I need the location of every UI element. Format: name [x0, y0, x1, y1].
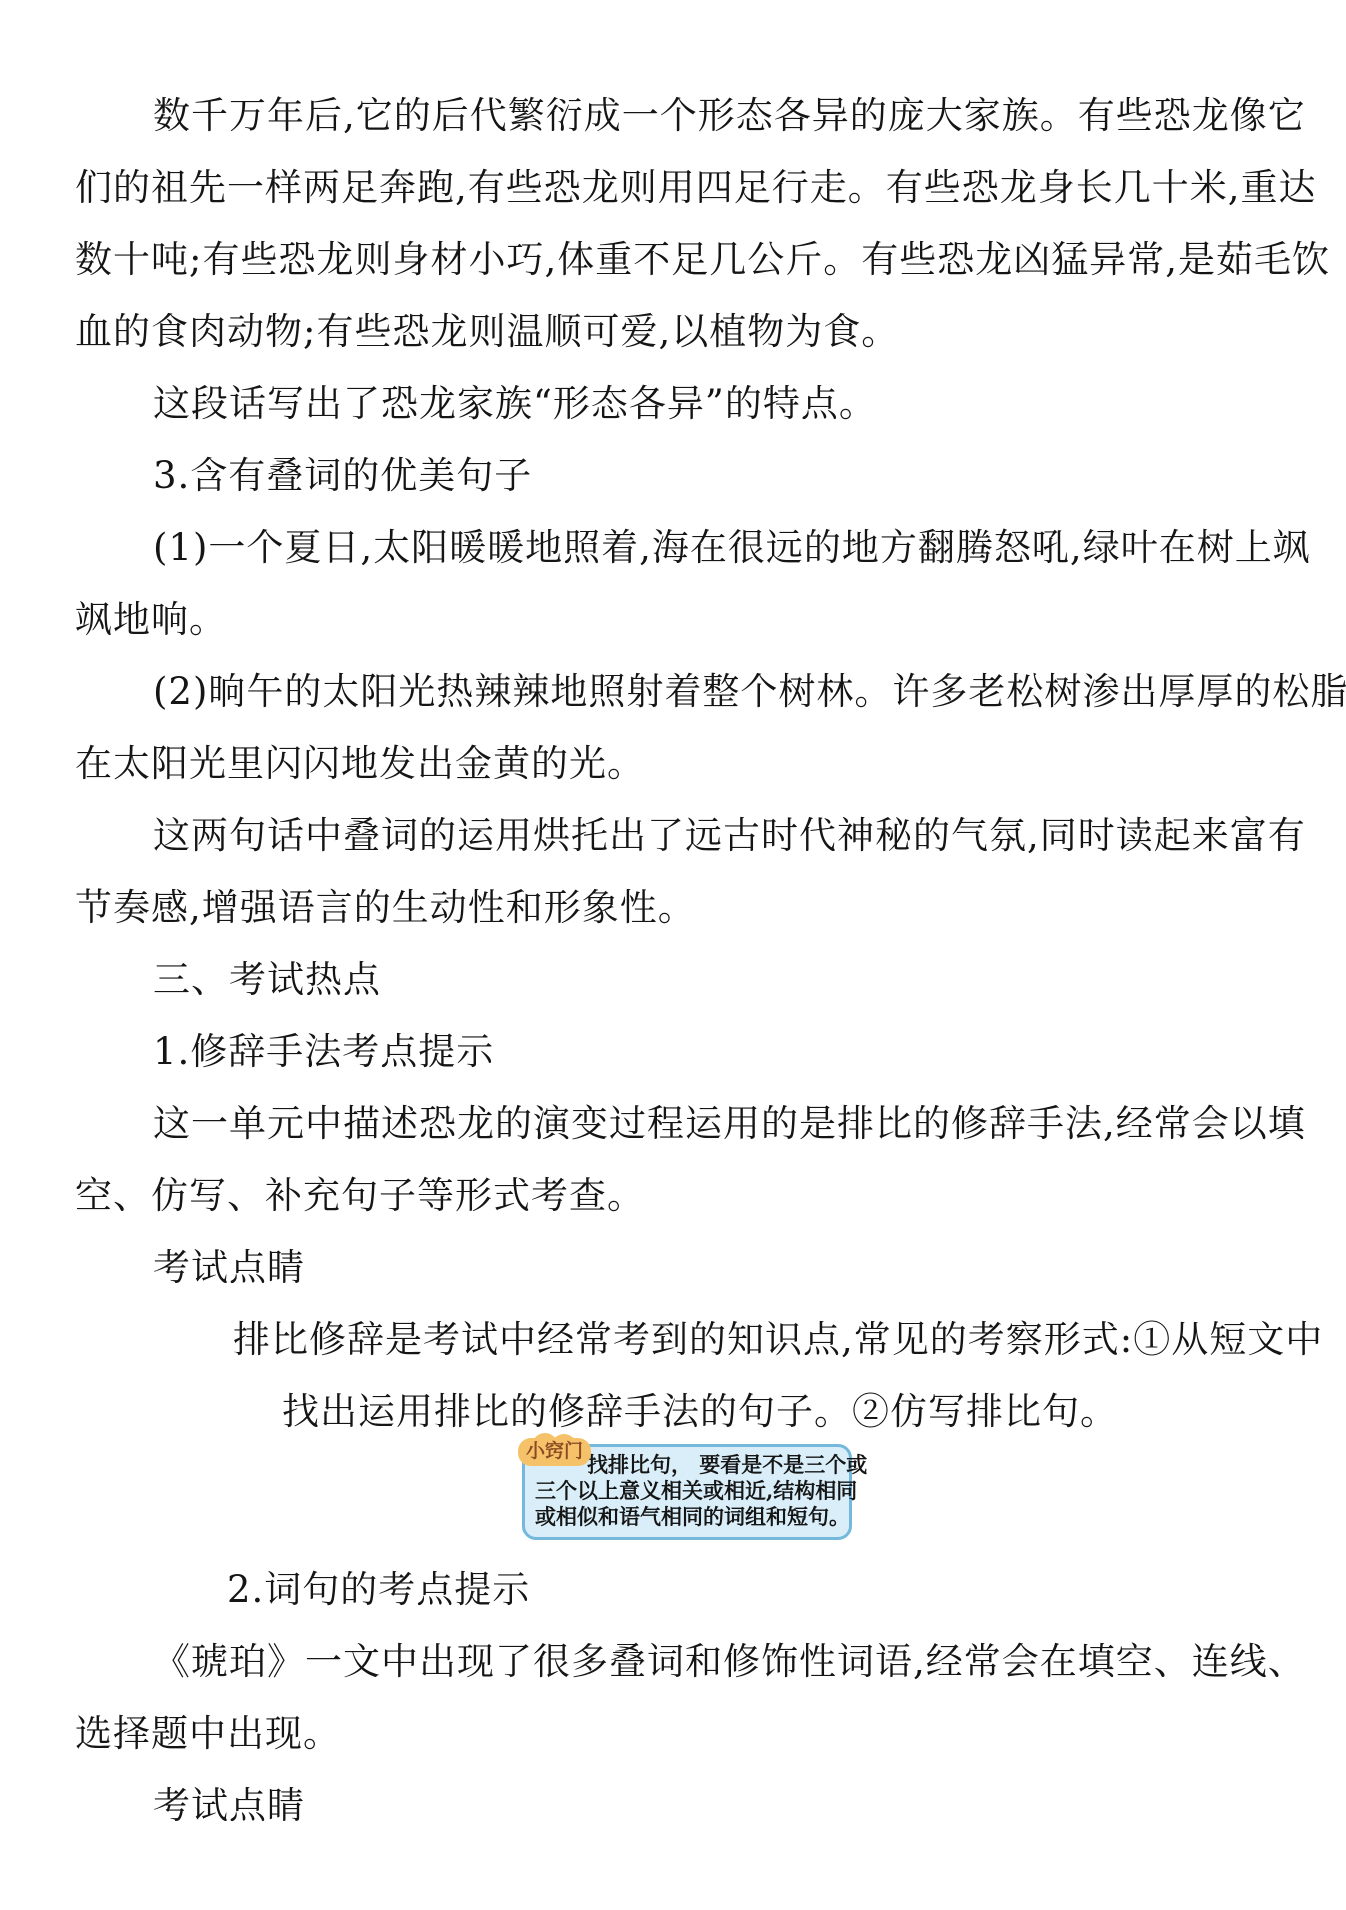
text-line: 这两句话中叠词的运用烘托出了远古时代神秘的气氛,同时读起来富有	[75, 800, 1286, 872]
text-line: 们的祖先一样两足奔跑,有些恐龙则用四足行走。有些恐龙身长几十米,重达	[75, 152, 1286, 224]
text-line: 《琥珀》一文中出现了很多叠词和修饰性词语,经常会在填空、连线、	[75, 1626, 1286, 1698]
section-item-heading: 2.词句的考点提示	[75, 1554, 1286, 1626]
tip-callout-box: 小窍门 找排比句， 要看是不是三个或 三个以上意义相关或相近,结构相同 或相似和…	[522, 1444, 852, 1540]
text-line: 这一单元中描述恐龙的演变过程运用的是排比的修辞手法,经常会以填	[75, 1088, 1286, 1160]
text-line: 节奏感,增强语言的生动性和形象性。	[75, 872, 1286, 944]
text-line: 血的食肉动物;有些恐龙则温顺可爱,以植物为食。	[75, 296, 1286, 368]
text-line: 数千万年后,它的后代繁衍成一个形态各异的庞大家族。有些恐龙像它	[75, 80, 1286, 152]
callout-text-line: 三个以上意义相关或相近,结构相同	[535, 1478, 839, 1504]
text-line: 数十吨;有些恐龙则身材小巧,体重不足几公斤。有些恐龙凶猛异常,是茹毛饮	[75, 224, 1286, 296]
text-line: 空、仿写、补充句子等形式考查。	[75, 1160, 1286, 1232]
text-line: 这段话写出了恐龙家族“形态各异”的特点。	[75, 368, 1286, 440]
exam-tip-heading: 考试点睛	[75, 1770, 1286, 1842]
text-line: (2)晌午的太阳光热辣辣地照射着整个树林。许多老松树渗出厚厚的松脂,	[75, 656, 1286, 728]
exam-tip-heading: 考试点睛	[75, 1232, 1286, 1304]
text-line: 选择题中出现。	[75, 1698, 1286, 1770]
section-item-heading: 1.修辞手法考点提示	[75, 1016, 1286, 1088]
exam-tip-line: 排比修辞是考试中经常考到的知识点,常见的考察形式:①从短文中	[75, 1304, 1286, 1376]
text-line: (1)一个夏日,太阳暖暖地照着,海在很远的地方翻腾怒吼,绿叶在树上飒	[75, 512, 1286, 584]
text-line: 在太阳光里闪闪地发出金黄的光。	[75, 728, 1286, 800]
document-page: 数千万年后,它的后代繁衍成一个形态各异的庞大家族。有些恐龙像它 们的祖先一样两足…	[0, 0, 1346, 1910]
exam-tip-line: 找出运用排比的修辞手法的句子。②仿写排比句。	[75, 1376, 1286, 1448]
callout-text-line: 或相似和语气相同的词组和短句。	[535, 1504, 839, 1530]
section-item-heading: 3.含有叠词的优美句子	[75, 440, 1286, 512]
section-heading: 三、考试热点	[75, 944, 1286, 1016]
tip-badge: 小窍门	[518, 1438, 591, 1466]
text-line: 飒地响。	[75, 584, 1286, 656]
